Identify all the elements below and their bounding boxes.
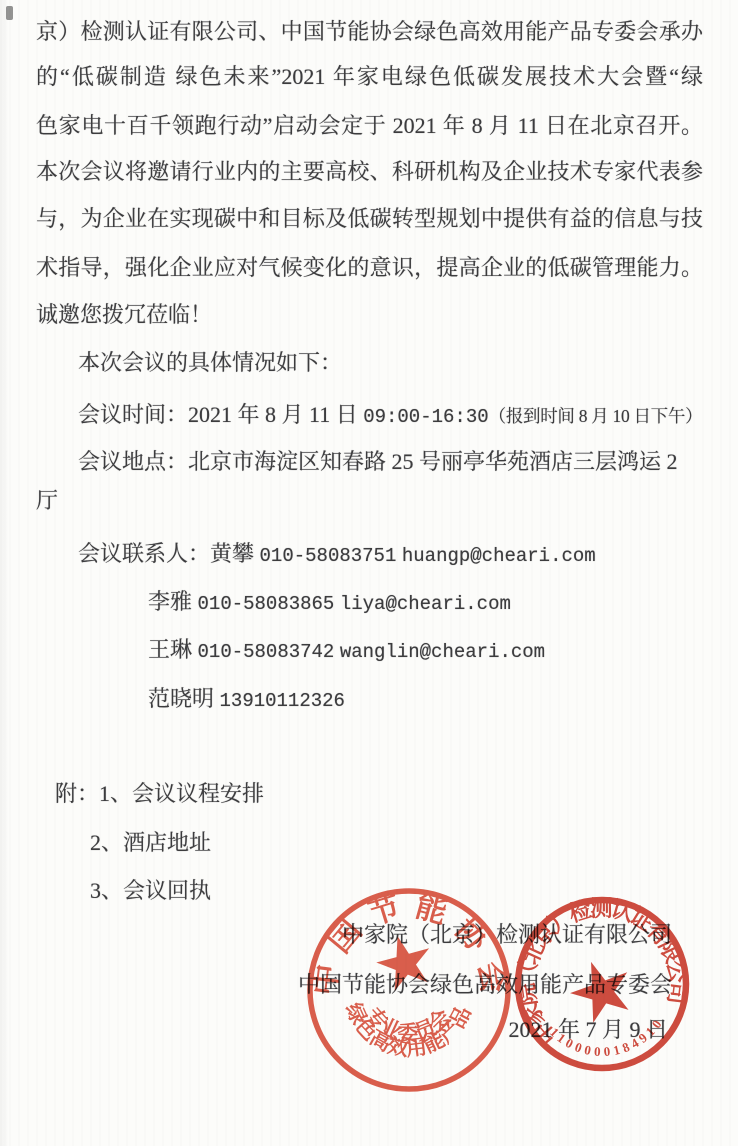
meeting-place-line: 会议地点：北京市海淀区知春路 25 号丽亭华苑酒店三层鸿运 2 (78, 445, 678, 479)
attachments-line: 附：1、会议议程安排 (55, 777, 264, 811)
contact-email: huangp@cheari.com (402, 545, 596, 567)
contact-email: wanglin@cheari.com (340, 641, 545, 663)
contact-email: liya@cheari.com (340, 593, 511, 615)
star-icon (371, 929, 437, 994)
meeting-place-cont-line: 厅 (36, 484, 703, 518)
meeting-time-line: 会议时间：2021 年 8 月 11 日 09:00-16:30（报到时间 8 … (78, 398, 702, 434)
attachments-label: 附： (55, 781, 99, 806)
seal-left-ring-text: 中国节能协会 (307, 888, 511, 997)
para-line-2: 的“低碳制造 绿色未来”2021 年家电绿色低碳发展技术大会暨“绿 (36, 60, 703, 94)
meeting-place-value: 北京市海淀区知春路 25 号丽亭华苑酒店三层鸿运 2 (188, 449, 678, 474)
contact-phone: 010-58083865 (198, 593, 335, 615)
contact-line-1: 会议联系人：黄攀 010-58083751 huangp@cheari.com (78, 537, 596, 573)
para-line-6: 术指导，强化企业应对气候变化的意识，提高企业的低碳管理能力。 (36, 251, 703, 285)
seal-right-ring-text: 中家院（北京）检测认证有限公司 (508, 888, 696, 1054)
para-line-4: 本次会议将邀请行业内的主要高校、科研机构及企业技术专家代表参 (36, 155, 703, 189)
para-line-5: 与，为企业在实现碳中和目标及低碳转型规划中提供有益的信息与技 (36, 202, 703, 236)
seal-left: 中国节能协会 绿色高效用能产品 专业委员会 (303, 883, 517, 1105)
attachment-item-3: 3、会议回执 (90, 874, 211, 908)
contact-name: 李雅 (148, 589, 192, 614)
svg-text:中家院（北京）检测认证有限公司: 中家院（北京）检测认证有限公司 (508, 888, 696, 1054)
attachment-item-2: 2、酒店地址 (90, 826, 211, 860)
seal-right: 中家院（北京）检测认证有限公司 1100000184910 (508, 888, 696, 1088)
contact-phone: 13910112326 (220, 690, 345, 712)
scan-artifact (6, 6, 13, 20)
contact-name: 范晓明 (148, 686, 214, 711)
contacts-label: 会议联系人： (78, 541, 210, 566)
contact-name: 王琳 (148, 637, 192, 662)
intro-line: 本次会议的具体情况如下： (78, 346, 342, 380)
meeting-place-label: 会议地点： (78, 449, 188, 474)
meeting-time-range: 09:00-16:30 (363, 406, 488, 428)
attachment-item-1: 1、会议议程安排 (99, 781, 264, 806)
contact-line-3: 王琳 010-58083742 wanglin@cheari.com (148, 633, 545, 669)
contact-line-2: 李雅 010-58083865 liya@cheari.com (148, 585, 511, 621)
contact-phone: 010-58083751 (260, 545, 397, 567)
para-line-7: 诚邀您拨冗莅临！ (36, 298, 703, 332)
meeting-time-note: （报到时间 8 月 10 日下午） (489, 406, 703, 426)
contact-line-4: 范晓明 13910112326 (148, 682, 345, 718)
para-line-1: 京）检测认证有限公司、中国节能协会绿色高效用能产品专委会承办 (36, 15, 703, 49)
meeting-time-label: 会议时间： (78, 402, 188, 427)
contact-phone: 010-58083742 (198, 641, 335, 663)
svg-text:中国节能协会: 中国节能协会 (307, 888, 511, 997)
scanned-document-page: 京）检测认证有限公司、中国节能协会绿色高效用能产品专委会承办 的“低碳制造 绿色… (0, 0, 738, 1146)
meeting-time-date: 2021 年 8 月 11 日 (188, 402, 363, 427)
star-icon (562, 952, 639, 1027)
para-line-3: 色家电十百千领跑行动”启动会定于 2021 年 8 月 11 日在北京召开。 (36, 109, 703, 143)
contact-name: 黄攀 (210, 541, 254, 566)
